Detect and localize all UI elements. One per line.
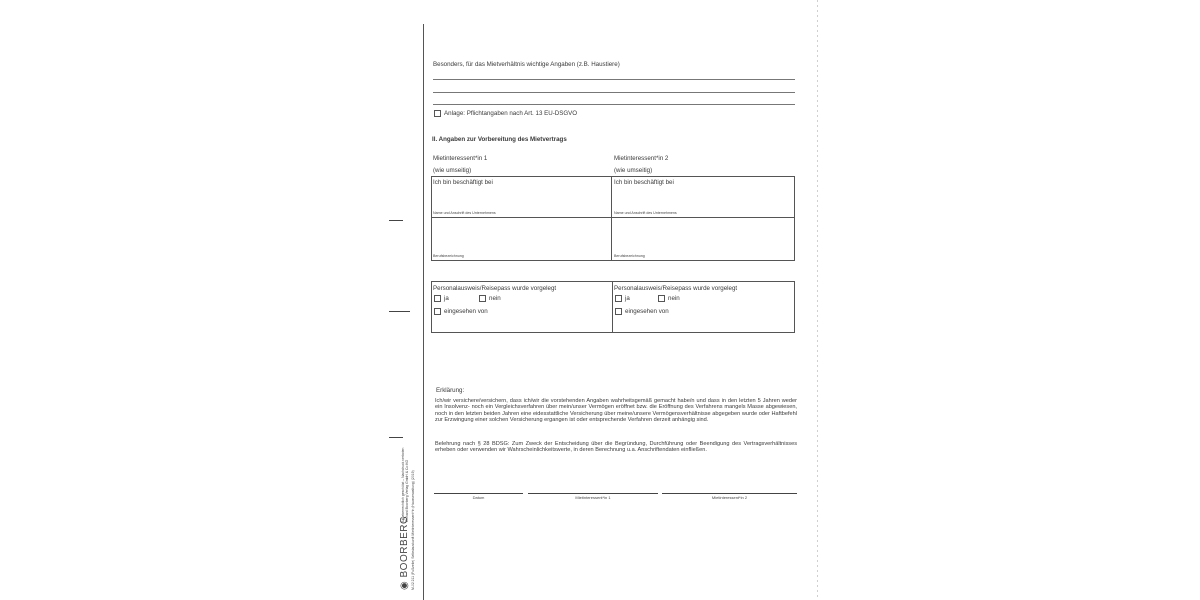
applicant-1-no-label: nein (489, 295, 501, 302)
applicant-2-title: Mietinteressent*in 2 (614, 155, 668, 162)
applicant-2-employed-label: Ich bin beschäftigt bei (614, 179, 674, 186)
publisher-logo-icon: ◉ (399, 581, 410, 590)
applicant-1-yes-checkbox[interactable] (434, 295, 441, 302)
declaration-title: Erklärung: (436, 387, 464, 394)
applicant-1-seen-label: eingesehen von (444, 308, 488, 315)
employment-divider (611, 176, 612, 261)
id-divider (612, 281, 613, 333)
applicant-2-no-label: nein (668, 295, 680, 302)
notice-text: Belehrung nach § 28 BDSG: Zum Zweck der … (435, 441, 797, 454)
fold-mark (389, 220, 403, 221)
applicant-1-id-label: Personalausweis/Reisepass wurde vorgeleg… (433, 285, 556, 292)
attachment-label: Anlage: Pflichtangaben nach Art. 13 EU-D… (444, 110, 577, 117)
applicant-2-employer-caption: Name und Anschrift des Unternehmens (614, 211, 677, 215)
special-info-line-1[interactable] (433, 79, 795, 80)
applicant-2-subtitle: (wie umseitig) (614, 167, 652, 174)
declaration-text: Ich/wir versichere/versichern, dass ich/… (435, 398, 797, 424)
applicant-1-signature-line[interactable] (528, 493, 658, 494)
applicant-1-job-caption: Berufsbezeichnung (433, 254, 464, 258)
applicant-2-seen-checkbox[interactable] (615, 308, 622, 315)
applicant-2-signature-label: Mietinteressent*in 2 (662, 495, 797, 500)
page-right-edge (817, 0, 818, 600)
section-title: II. Angaben zur Vorbereitung des Mietver… (432, 136, 567, 143)
applicant-1-seen-checkbox[interactable] (434, 308, 441, 315)
applicant-1-title: Mietinteressent*in 1 (433, 155, 487, 162)
applicant-2-no-checkbox[interactable] (658, 295, 665, 302)
employment-row-divider (431, 217, 795, 218)
margin-line-2: Richard Boorberg Verlag GmbH & Co KG (405, 460, 409, 522)
applicant-2-yes-label: ja (625, 295, 630, 302)
applicant-2-seen-label: eingesehen von (625, 308, 669, 315)
applicant-2-yes-checkbox[interactable] (615, 295, 622, 302)
attachment-checkbox[interactable] (434, 110, 441, 117)
publisher-name: BOORBERG (399, 516, 410, 578)
applicant-2-job-field[interactable] (613, 219, 793, 253)
applicant-1-job-field[interactable] (432, 219, 610, 253)
applicant-2-job-caption: Berufsbezeichnung (614, 254, 645, 258)
fold-mark (389, 437, 403, 438)
special-info-line-3[interactable] (433, 104, 795, 105)
margin-line-3: M-02 211 (Fußzeile) Selbstauskunft Mieti… (411, 470, 415, 590)
page-left-edge (423, 24, 424, 600)
applicant-1-employer-caption: Name und Anschrift des Unternehmens (433, 211, 496, 215)
applicant-1-employed-label: Ich bin beschäftigt bei (433, 179, 493, 186)
applicant-1-signature-label: Mietinteressent*in 1 (528, 495, 658, 500)
punch-mark (389, 311, 410, 312)
applicant-1-subtitle: (wie umseitig) (433, 167, 471, 174)
applicant-1-employer-field[interactable] (432, 188, 610, 210)
applicant-1-yes-label: ja (444, 295, 449, 302)
applicant-2-employer-field[interactable] (613, 188, 793, 210)
date-signature-label: Datum (434, 495, 523, 500)
special-info-label: Besonders, für das Mietverhältnis wichti… (433, 61, 620, 68)
publisher-logo: ◉ BOORBERG (399, 516, 410, 590)
special-info-line-2[interactable] (433, 92, 795, 93)
applicant-2-signature-line[interactable] (662, 493, 797, 494)
applicant-2-id-label: Personalausweis/Reisepass wurde vorgeleg… (614, 285, 737, 292)
applicant-1-no-checkbox[interactable] (479, 295, 486, 302)
date-signature-line[interactable] (434, 493, 523, 494)
